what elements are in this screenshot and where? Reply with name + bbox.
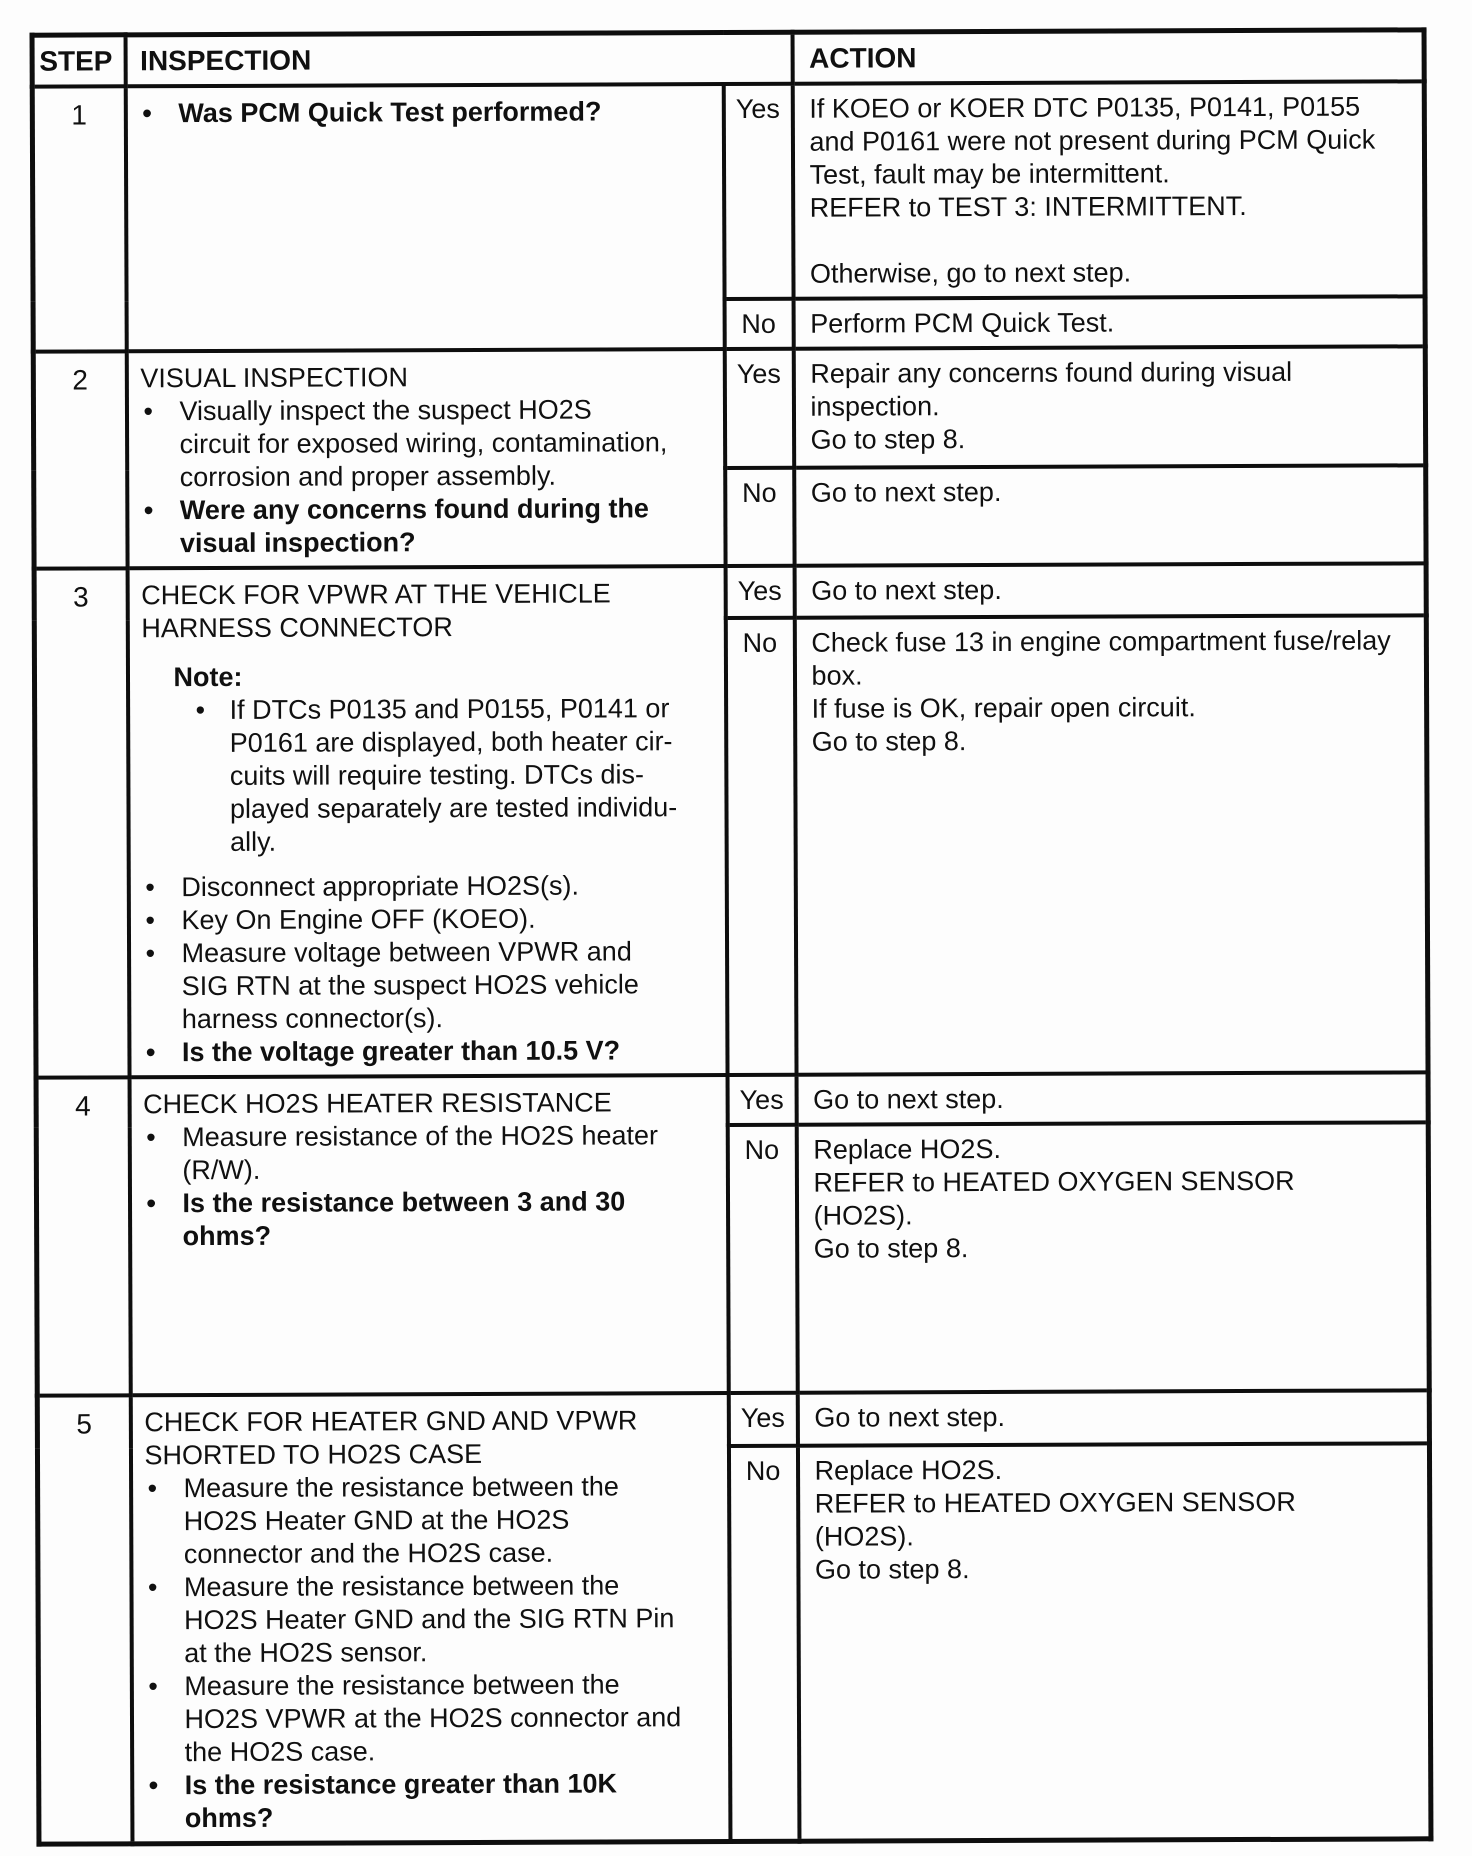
table-row: 4 CHECK HO2S HEATER RESISTANCE • Measure…: [36, 1072, 1428, 1127]
step-number: 1: [32, 86, 126, 351]
inspection-cell: CHECK HO2S HEATER RESISTANCE • Measure r…: [129, 1075, 728, 1395]
bullet-icon: •: [145, 1472, 184, 1571]
inspection-cell: CHECK FOR VPWR AT THE VEHICLE HARNESS CO…: [127, 566, 727, 1077]
inspection-cell: VISUAL INSPECTION • Visually inspect the…: [126, 349, 725, 568]
answer-yes-cell: Yes: [728, 1393, 797, 1446]
answer-no-cell: No: [725, 618, 796, 1075]
inspection-question: • Is the resistance between 3 and 30 ohm…: [143, 1185, 717, 1253]
diagnostic-pinpoint-table: STEP INSPECTION ACTION 1 • Was PCM Quick…: [30, 27, 1434, 1846]
bullet-icon: •: [142, 937, 181, 1036]
inspection-bullet: • Key On Engine OFF (KOEO).: [142, 902, 716, 937]
inspection-question: • Is the voltage greater than 10.5 V?: [143, 1034, 717, 1069]
action-no-cell: Perform PCM Quick Test.: [793, 296, 1425, 348]
answer-no-cell: No: [728, 1446, 799, 1842]
note-block: Note: • If DTCs P0135 and P0155, P0141 o…: [141, 659, 716, 859]
action-yes-cell: Go to next step.: [796, 1072, 1428, 1124]
answer-no-cell: No: [725, 467, 794, 566]
inspection-question: • Was PCM Quick Test performed?: [139, 95, 713, 130]
inspection-question: • Were any concerns found during the vis…: [141, 492, 715, 560]
inspection-question: • Is the resistance greater than 10K ohm…: [146, 1767, 720, 1835]
action-yes-cell: Go to next step.: [794, 563, 1426, 617]
inspection-title: CHECK HO2S HEATER RESISTANCE: [143, 1086, 717, 1121]
bullet-icon: •: [194, 694, 231, 859]
action-no-cell: Check fuse 13 in engine compartment fuse…: [794, 615, 1428, 1074]
bullet-icon: •: [139, 97, 178, 130]
table-row: 1 • Was PCM Quick Test performed? Yes If…: [32, 81, 1425, 301]
inspection-title: CHECK FOR VPWR AT THE VEHICLE HARNESS CO…: [141, 577, 715, 645]
bullet-icon: •: [146, 1769, 185, 1835]
column-header-action: ACTION: [792, 30, 1424, 84]
inspection-cell: • Was PCM Quick Test performed?: [125, 84, 724, 351]
inspection-cell: CHECK FOR HEATER GND AND VPWR SHORTED TO…: [130, 1393, 730, 1844]
table-row: 2 VISUAL INSPECTION • Visually inspect t…: [33, 346, 1425, 470]
inspection-bullet: • Measure the resistance between the HO2…: [145, 1668, 719, 1769]
bullet-icon: •: [145, 1571, 184, 1670]
action-no-cell: Go to next step.: [794, 465, 1426, 566]
step-number: 5: [37, 1395, 132, 1844]
header-row: STEP INSPECTION ACTION: [32, 30, 1424, 87]
inspection-bullet: • Measure resistance of the HO2S heater …: [143, 1119, 717, 1187]
answer-yes-cell: Yes: [725, 566, 794, 618]
note-label: Note:: [173, 659, 715, 694]
action-no-cell: Replace HO2S. REFER to HEATED OXYGEN SEN…: [797, 1443, 1431, 1841]
bullet-icon: •: [145, 1670, 184, 1769]
column-header-inspection: INSPECTION: [125, 32, 792, 86]
action-no-cell: Replace HO2S. REFER to HEATED OXYGEN SEN…: [796, 1122, 1429, 1392]
step-number: 2: [33, 351, 127, 568]
inspection-bullet: • Disconnect appropriate HO2S(s).: [142, 869, 716, 904]
step-number: 3: [34, 568, 129, 1077]
scanned-document-page: STEP INSPECTION ACTION 1 • Was PCM Quick…: [0, 0, 1472, 1856]
bullet-icon: •: [143, 1036, 182, 1069]
note-bullet: • If DTCs P0135 and P0155, P0141 or P016…: [194, 692, 717, 859]
answer-yes-cell: Yes: [724, 349, 793, 468]
answer-no-cell: No: [727, 1125, 797, 1393]
inspection-bullet: • Visually inspect the suspect HO2S circ…: [140, 393, 714, 494]
inspection-bullet: • Measure voltage between VPWR and SIG R…: [142, 935, 716, 1036]
step-number: 4: [36, 1077, 130, 1395]
bullet-icon: •: [142, 904, 181, 937]
bullet-icon: •: [143, 1121, 182, 1187]
inspection-bullet: • Measure the resistance between the HO2…: [145, 1470, 719, 1571]
column-header-step: STEP: [32, 35, 125, 87]
action-yes-cell: Repair any concerns found during visual …: [793, 346, 1425, 467]
answer-yes-cell: Yes: [727, 1075, 796, 1125]
answer-no-cell: No: [724, 299, 793, 349]
inspection-title: VISUAL INSPECTION: [140, 360, 714, 395]
answer-yes-cell: Yes: [723, 84, 793, 299]
inspection-bullet: • Measure the resistance between the HO2…: [145, 1569, 719, 1670]
table-row: 3 CHECK FOR VPWR AT THE VEHICLE HARNESS …: [34, 563, 1426, 620]
action-yes-cell: If KOEO or KOER DTC P0135, P0141, P0155 …: [792, 81, 1425, 298]
action-yes-cell: Go to next step.: [797, 1390, 1429, 1445]
inspection-title: CHECK FOR HEATER GND AND VPWR SHORTED TO…: [144, 1404, 718, 1472]
table-row: 5 CHECK FOR HEATER GND AND VPWR SHORTED …: [37, 1390, 1429, 1448]
bullet-icon: •: [141, 494, 180, 560]
bullet-icon: •: [142, 871, 181, 904]
bullet-icon: •: [143, 1187, 182, 1253]
bullet-icon: •: [140, 395, 179, 494]
